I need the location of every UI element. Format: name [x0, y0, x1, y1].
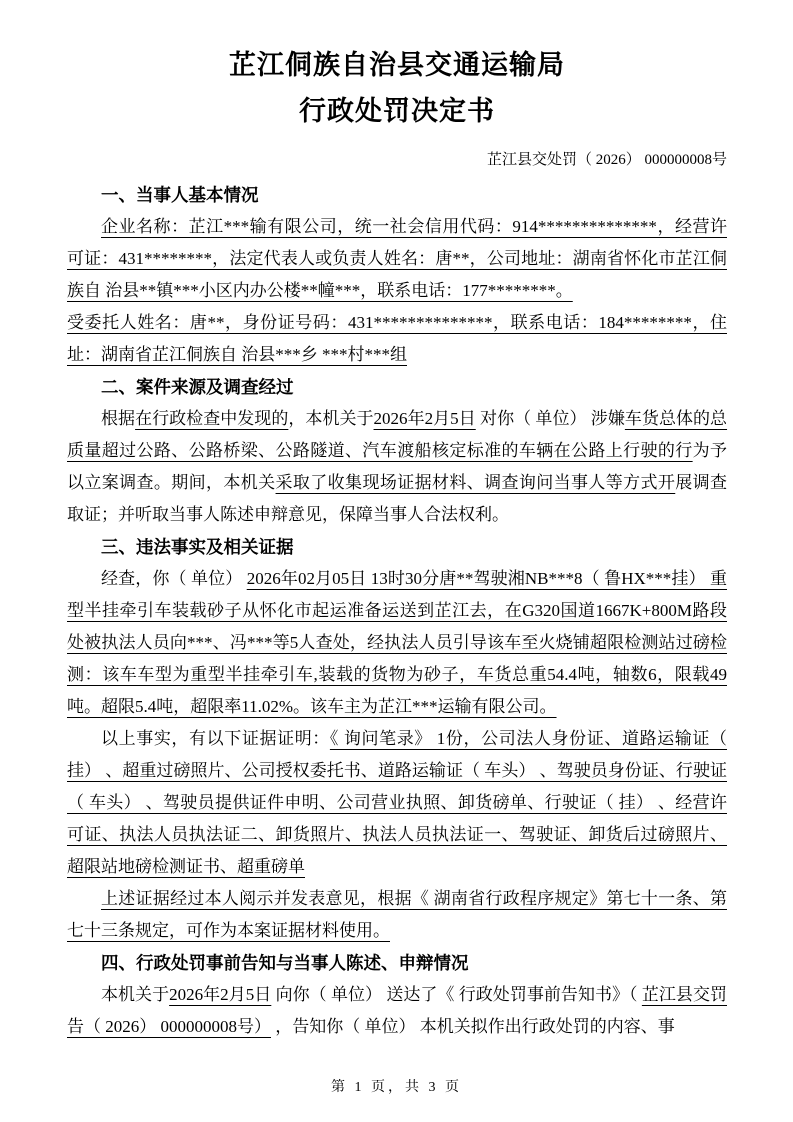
section-heading: 三、违法事实及相关证据 [67, 531, 727, 563]
underlined-text: 2026年2月5日 [169, 985, 271, 1004]
text-segment: 对你（ 单位） 涉嫌 [476, 409, 625, 428]
underlined-text: 上述证据经过本人阅示并发表意见，根据《 湖南省行政程序规定》第七十一条、第七十三… [67, 889, 727, 940]
paragraph: 以上事实，有以下证据证明：《 询问笔录》 1份，公司法人身份证、道路运输证（ 挂… [67, 723, 727, 883]
underlined-text: 在行政检查中发现的 [135, 409, 288, 428]
section-heading: 二、案件来源及调查经过 [67, 371, 727, 403]
document-body: 一、当事人基本情况企业名称：芷江***输有限公司，统一社会信用代码：914***… [67, 179, 727, 1043]
paragraph: 上述证据经过本人阅示并发表意见，根据《 湖南省行政程序规定》第七十一条、第七十三… [67, 883, 727, 947]
paragraph: 受委托人姓名：唐**，身份证号码：431**************，联系电话：… [67, 307, 727, 371]
section-heading: 四、行政处罚事前告知与当事人陈述、申辩情况 [67, 947, 727, 979]
text-segment: ，本机关于 [288, 409, 373, 428]
paragraph: 根据在行政检查中发现的，本机关于2026年2月5日 对你（ 单位） 涉嫌车货总体… [67, 403, 727, 531]
section-heading: 一、当事人基本情况 [67, 179, 727, 211]
underlined-text: 《 询问笔录》 1份，公司法人身份证、道路运输证（ 挂） 、超重过磅照片、公司授… [67, 729, 727, 876]
underlined-text: 2026年2月5日 [374, 409, 476, 428]
document-title: 芷江侗族自治县交通运输局 [67, 42, 727, 88]
text-segment: ，告知你（ 单位） 本机关拟作出行政处罚的内容、事 [271, 1017, 675, 1036]
document-page: 芷江侗族自治县交通运输局 行政处罚决定书 芷江县交处罚（ 2026） 00000… [0, 0, 793, 1122]
text-segment: 经查，你（ 单位） [101, 569, 247, 588]
paragraph: 企业名称：芷江***输有限公司，统一社会信用代码：914************… [67, 211, 727, 307]
document-subtitle: 行政处罚决定书 [67, 88, 727, 134]
underlined-text: 采取了收集现场证据材料、调查询问当事人等方式开 [276, 473, 676, 492]
text-segment: 向你（ 单位） 送达了《 行政处罚事前告知书》（ [271, 985, 642, 1004]
underlined-text: 2026年02月05日 13时30分唐**驾驶湘NB***8（ 鲁HX***挂）… [67, 569, 727, 716]
text-segment: 本机关于 [101, 985, 169, 1004]
text-segment: 根据 [101, 409, 135, 428]
underlined-text: 企业名称：芷江***输有限公司，统一社会信用代码：914************… [67, 217, 727, 300]
text-segment: 以上事实，有以下证据证明： [101, 729, 330, 748]
doc-number: 芷江县交处罚（ 2026） 000000008号 [67, 148, 727, 169]
paragraph: 经查，你（ 单位） 2026年02月05日 13时30分唐**驾驶湘NB***8… [67, 563, 727, 723]
underlined-text: 受委托人姓名：唐**，身份证号码：431**************，联系电话：… [67, 313, 727, 364]
paragraph: 本机关于2026年2月5日 向你（ 单位） 送达了《 行政处罚事前告知书》（ 芷… [67, 979, 727, 1043]
page-footer: 第 1 页，共 3 页 [0, 1076, 793, 1096]
